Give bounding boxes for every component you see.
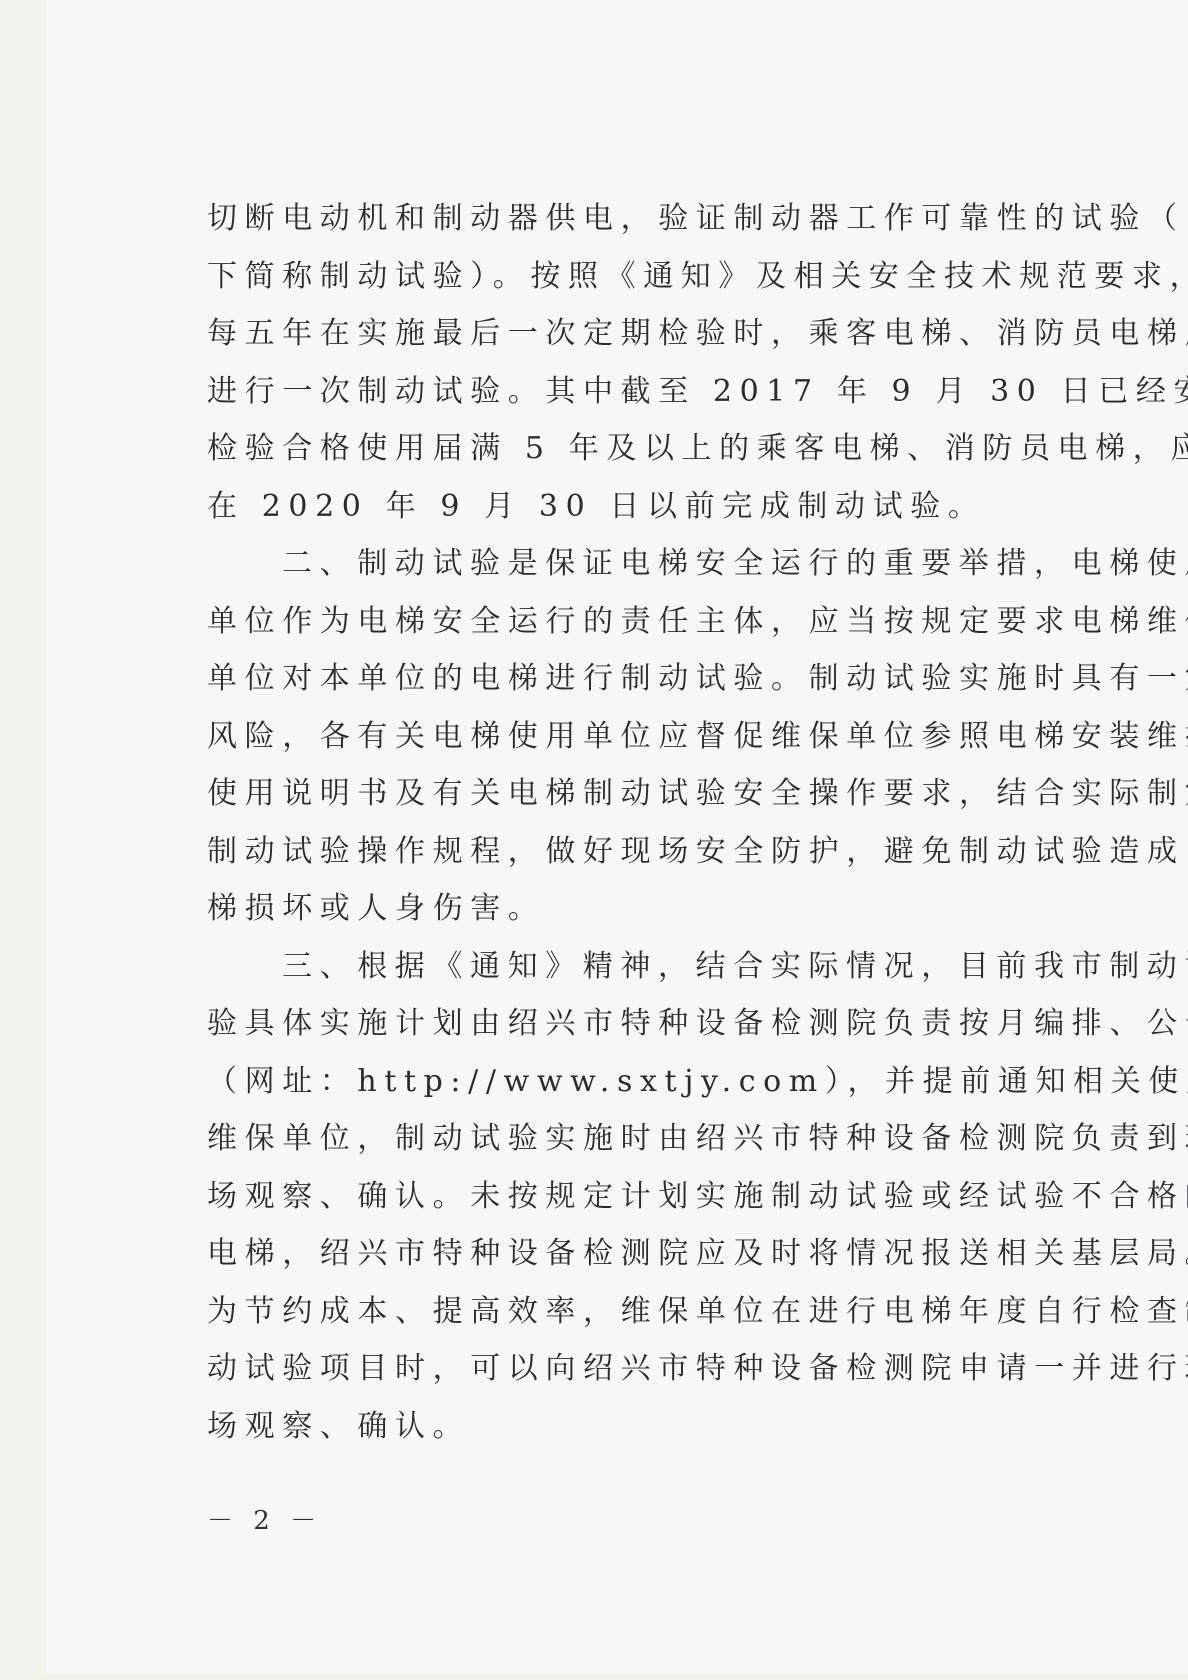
text-line: 下简称制动试验）。按照《通知》及相关安全技术规范要求， (207, 248, 1093, 306)
text-line: 动试验项目时，可以向绍兴市特种设备检测院申请一并进行现 (207, 1340, 1093, 1398)
text-line: 进行一次制动试验。其中截至 2017 年 9 月 30 日已经安装监督 (207, 363, 1093, 421)
page-number: － 2 － (207, 1500, 322, 1537)
text-line: 电梯，绍兴市特种设备检测院应及时将情况报送相关基层局。 (207, 1225, 1093, 1283)
text-line: 为节约成本、提高效率，维保单位在进行电梯年度自行检查制 (207, 1283, 1093, 1341)
text-line: 场观察、确认。 (207, 1398, 1093, 1456)
text-line: 使用说明书及有关电梯制动试验安全操作要求，结合实际制定 (207, 765, 1093, 823)
text-line: 验具体实施计划由绍兴市特种设备检测院负责按月编排、公告 (207, 995, 1093, 1053)
text-line: 检验合格使用届满 5 年及以上的乘客电梯、消防员电梯，应当 (207, 420, 1093, 478)
text-line: 单位对本单位的电梯进行制动试验。制动试验实施时具有一定 (207, 650, 1093, 708)
text-line: 制动试验操作规程，做好现场安全防护，避免制动试验造成电 (207, 823, 1093, 881)
paragraph-3-start: 三、根据《通知》精神，结合实际情况，目前我市制动试 (207, 938, 1093, 996)
scan-edge-bottom (0, 1673, 1188, 1680)
text-line: 在 2020 年 9 月 30 日以前完成制动试验。 (207, 478, 1093, 536)
document-body: 切断电动机和制动器供电，验证制动器工作可靠性的试验（以 下简称制动试验）。按照《… (207, 190, 1093, 1455)
text-line: 切断电动机和制动器供电，验证制动器工作可靠性的试验（以 (207, 190, 1093, 248)
scan-edge-left (0, 0, 46, 1680)
text-line: 梯损坏或人身伤害。 (207, 880, 1093, 938)
text-line: 场观察、确认。未按规定计划实施制动试验或经试验不合格的 (207, 1168, 1093, 1226)
text-line: 单位作为电梯安全运行的责任主体，应当按规定要求电梯维保 (207, 593, 1093, 651)
text-line: 维保单位，制动试验实施时由绍兴市特种设备检测院负责到现 (207, 1110, 1093, 1168)
text-line: 风险，各有关电梯使用单位应督促维保单位参照电梯安装维护 (207, 708, 1093, 766)
text-line-with-url: （网址：http://www.sxtjy.com），并提前通知相关使用单位和 (207, 1053, 1093, 1111)
paragraph-2-start: 二、制动试验是保证电梯安全运行的重要举措，电梯使用 (207, 535, 1093, 593)
text-line: 每五年在实施最后一次定期检验时，乘客电梯、消防员电梯应 (207, 305, 1093, 363)
